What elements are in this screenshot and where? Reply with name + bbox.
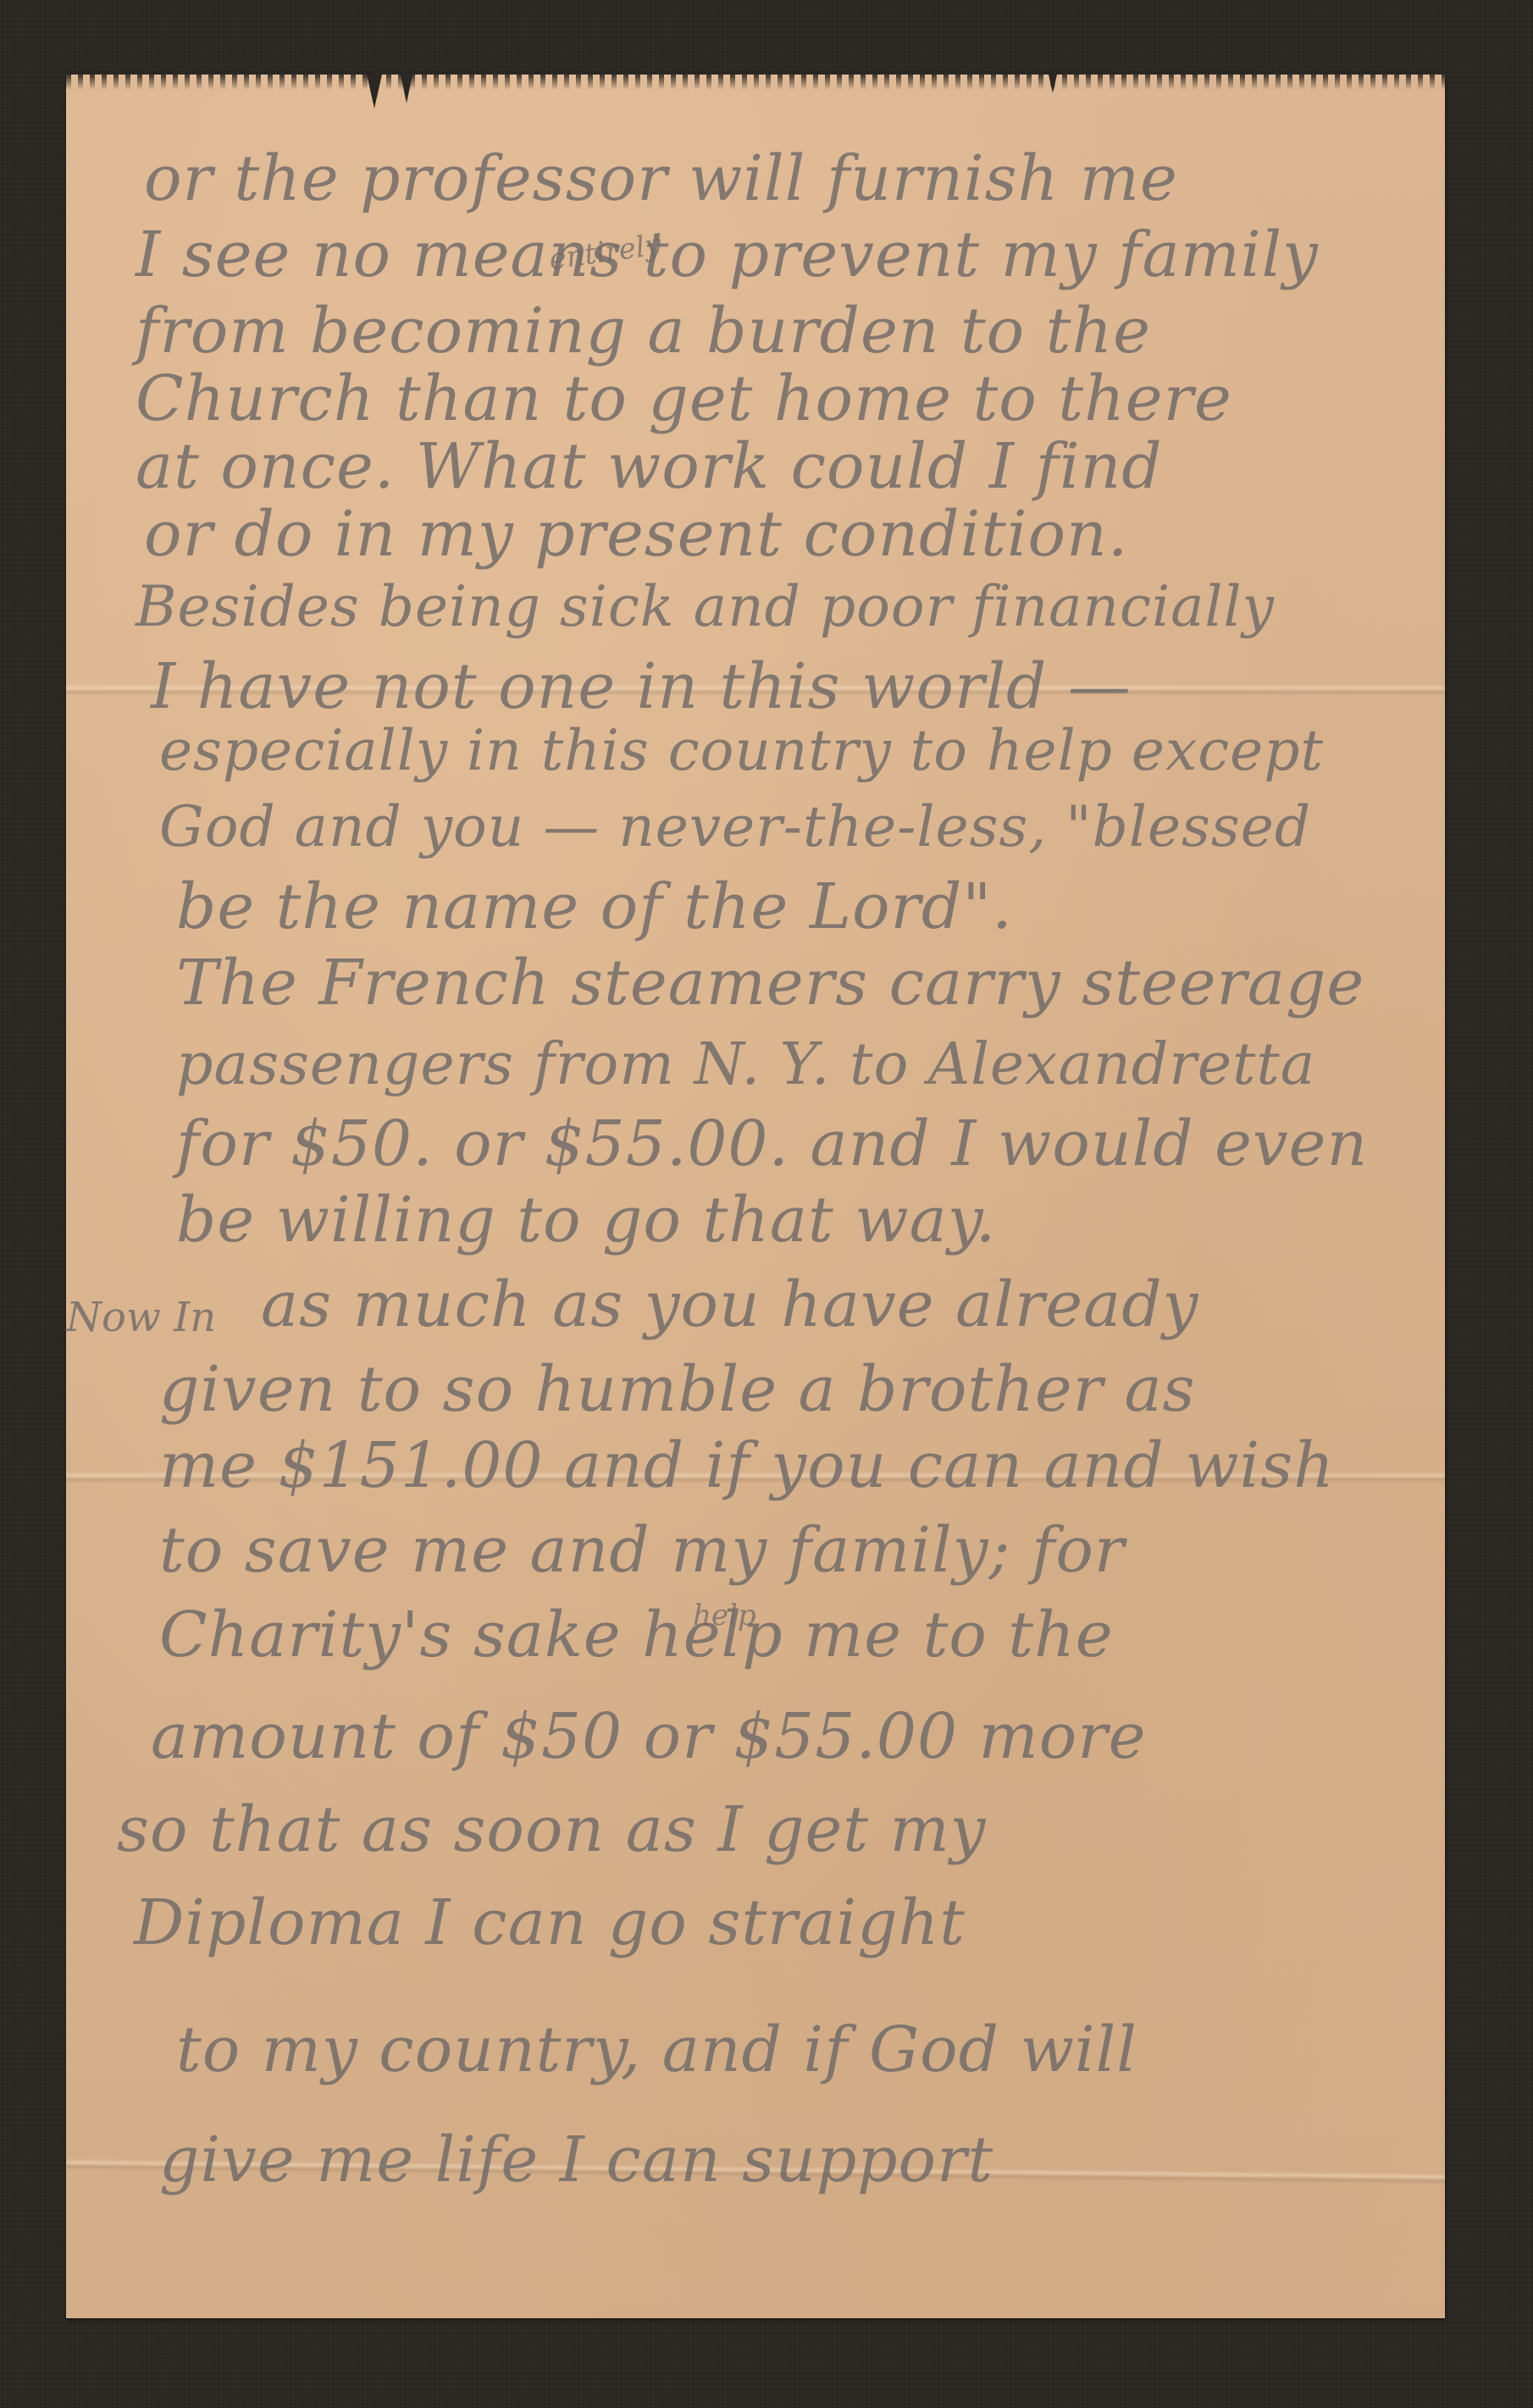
letter-line-17: given to so humble a brother as [159,1353,1196,1426]
letter-line-15: be willing to go that way. [176,1184,996,1256]
letter-line-25: give me life I can support [159,2124,993,2196]
letter-line-8: I have not one in this world — [151,650,1132,723]
letter-line-5: at once. What work could I find [136,430,1163,503]
letter-line-4: Church than to get home to there [136,362,1232,435]
letter-line-12: The French steamers carry steerage [176,947,1364,1019]
letter-line-10: God and you — never-the-less, "blessed [159,794,1311,859]
torn-top-edge [66,69,1445,90]
letter-line-23: Diploma I can go straight [134,1886,966,1959]
letter-line-22: so that as soon as I get my [117,1793,986,1866]
letter-line-18: me $151.00 and if you can and wish [159,1429,1335,1502]
letter-line-6: or do in my present condition. [144,498,1128,571]
letter-line-24: to my country, and if God will [176,2013,1137,2086]
letter-line-9: especially in this country to help excep… [159,718,1324,783]
letter-line-19: to save me and my family; for [159,1514,1125,1587]
tear-notch [367,75,382,108]
letter-line-21: amount of $50 or $55.00 more [151,1700,1146,1773]
letter-line-2: I see no means to prevent my family [136,218,1319,291]
letter-line-14: for $50. or $55.00. and I would even [176,1107,1368,1180]
letter-line-20: Charity's sake help me to the [159,1599,1114,1671]
letter-line-1: or the professor will furnish me [144,142,1178,215]
letter-line-11: be the name of the Lord". [176,870,1013,943]
letter-line-7: Besides being sick and poor financially [136,574,1275,639]
letter-line-13: passengers from N. Y. to Alexandretta [176,1031,1315,1098]
letter-line-3: from becoming a burden to the [136,295,1151,367]
margin-note: Now In [66,1294,216,1341]
letter-page: or the professor will furnish me entirel… [66,75,1445,2318]
letter-line-16: as much as you have already [261,1268,1198,1341]
